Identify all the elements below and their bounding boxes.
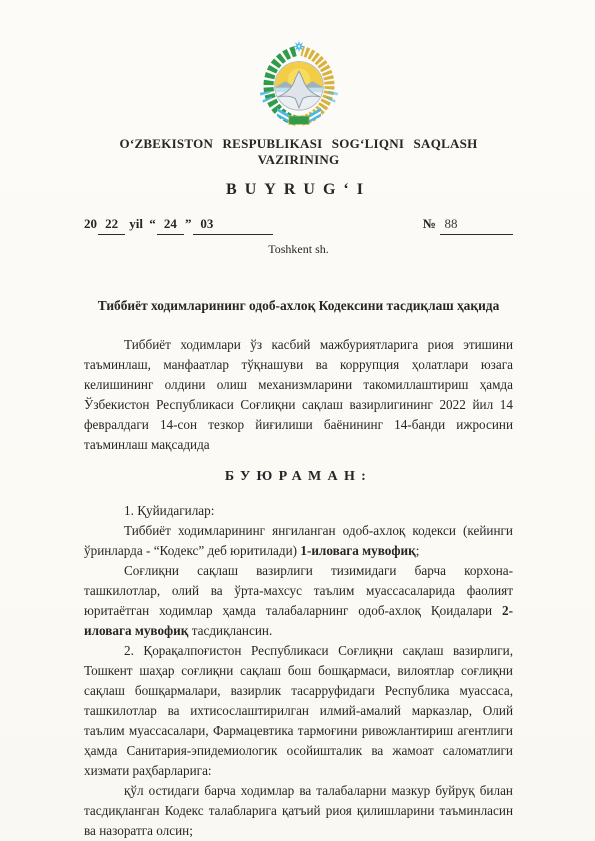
item1-a-text: Тиббиёт ходимларининг янгиланган одоб-ах… [84,523,513,558]
order-document-page: O‘ZBEKISTON RESPUBLIKASI SOG‘LIQNI SAQLA… [0,0,595,841]
city-line: Toshkent sh. [84,241,513,257]
order-word: BUYRUG‘I [84,180,513,200]
item2-paragraph: 2. Қорақалпоғистон Республикаси Соғлиқни… [84,641,513,781]
ministry-name: O‘ZBEKISTON RESPUBLIKASI SOG‘LIQNI SAQLA… [84,136,513,168]
decree-word: БУЮРАМАН: [84,467,513,487]
order-number-value: 88 [440,214,513,235]
date-open-quote: “ [149,216,156,231]
order-title: Тиббиёт ходимларининг одоб-ахлоқ Кодекси… [84,297,513,315]
item1-intro: 1. Қуйидагилар: [84,501,513,521]
date-century: 20 [84,216,97,231]
item1-b-tail: тасдиқлансин. [188,623,272,638]
order-number: №88 [423,214,513,235]
date-year-blank: 22 [98,214,125,235]
date-and-number-row: 2022yil “24”03 №88 [84,214,513,235]
uzbekistan-state-emblem-icon [253,40,345,128]
item1-clause-a: Тиббиёт ходимларининг янгиланган одоб-ах… [84,521,513,561]
item1-b-text: Соғлиқни сақлаш вазирлиги тизимидаги бар… [84,563,513,618]
item1-a-annex-ref: 1-иловага мувофиқ [300,543,415,558]
date-month-blank: 03 [193,214,274,235]
date-close-quote: ” [185,216,192,231]
preamble-paragraph: Тиббиёт ходимлари ўз касбий мажбуриятлар… [84,335,513,455]
number-sign: № [423,216,436,231]
item2-subparagraph: қўл остидаги барча ходимлар ва талабалар… [84,781,513,841]
date-day-blank: 24 [157,214,184,235]
item1-clause-b: Соғлиқни сақлаш вазирлиги тизимидаги бар… [84,561,513,641]
date-yil-label: yil [129,216,143,231]
order-date: 2022yil “24”03 [84,214,274,235]
item1-a-tail: ; [416,543,420,558]
